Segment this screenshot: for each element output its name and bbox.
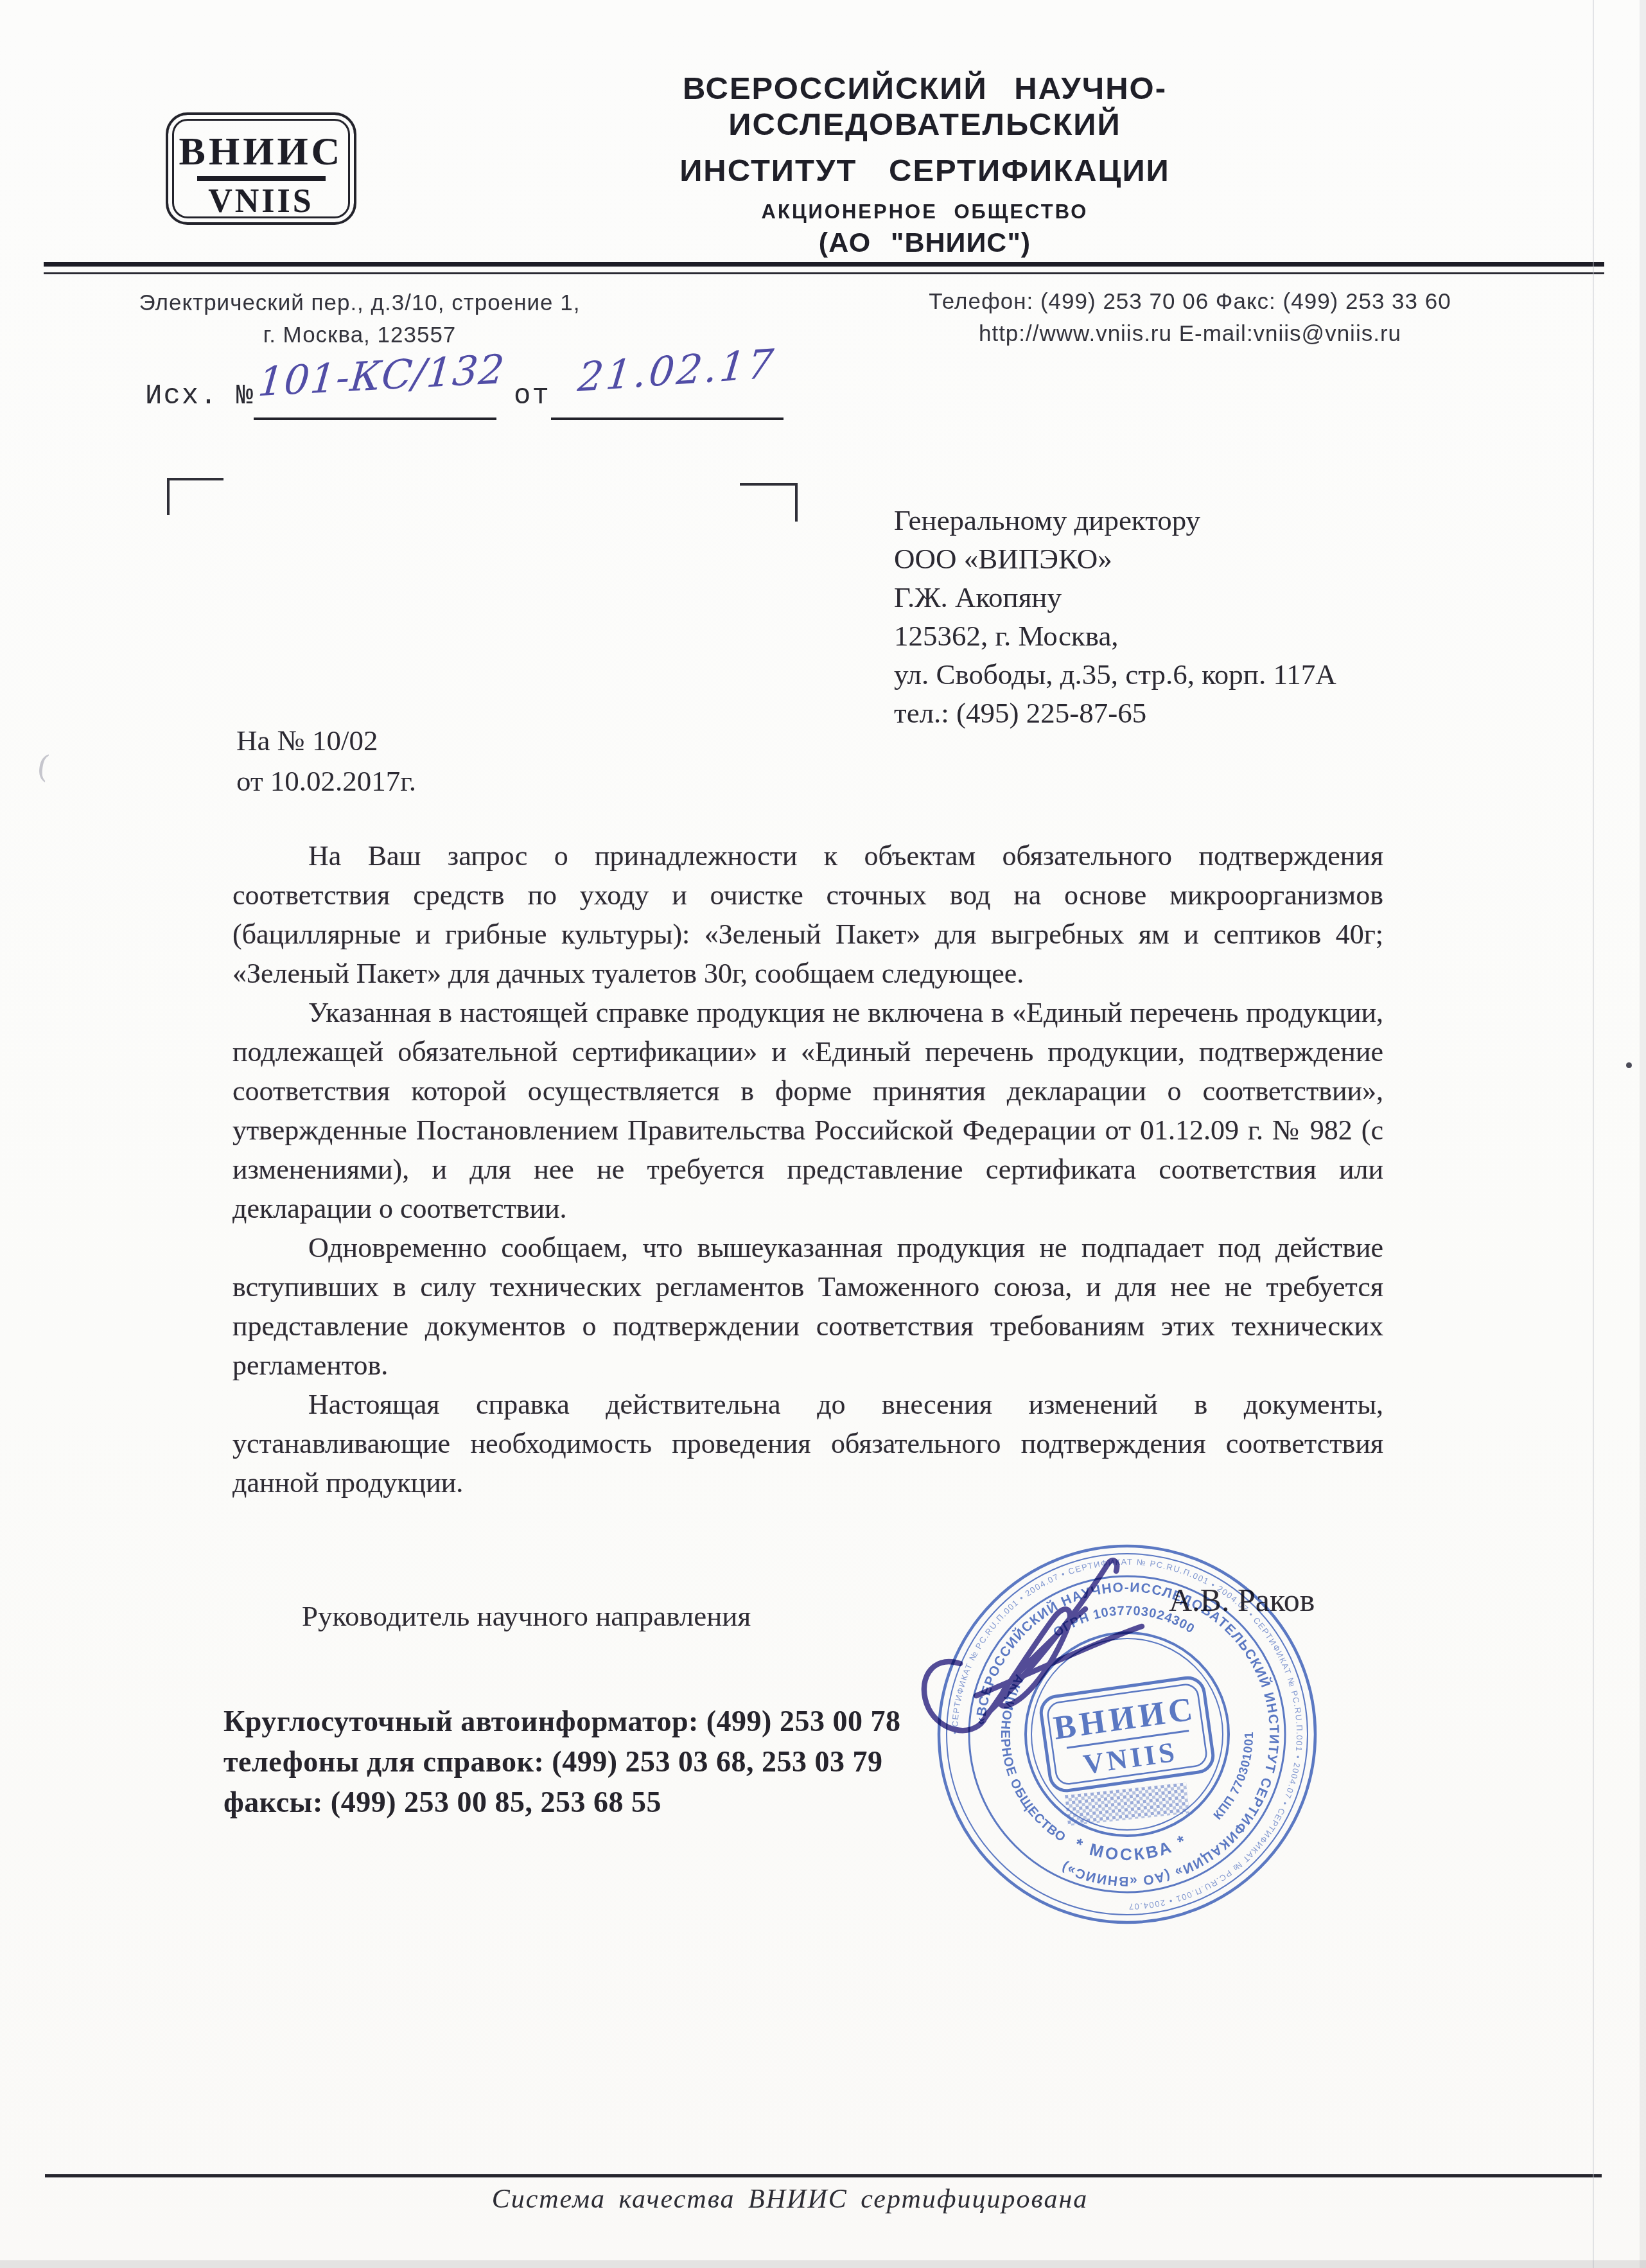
scan-edge-bottom <box>0 2260 1646 2268</box>
outgoing-number-label: Исх. № <box>145 380 254 412</box>
org-address-block: Электрический пер., д.3/10, строение 1, … <box>109 287 610 351</box>
outgoing-number-underline <box>254 418 496 420</box>
body-paragraph: Одновременно сообщаем, что вышеуказанная… <box>232 1228 1383 1385</box>
vniis-logo: ВНИИС VNIIS <box>166 112 356 225</box>
pencil-mark: ( <box>35 748 51 786</box>
in-reply-line: На № 10/02 <box>236 721 622 761</box>
org-address-line1: Электрический пер., д.3/10, строение 1, <box>109 287 610 319</box>
outgoing-number-handwritten: 101-КС/132 <box>256 346 507 406</box>
signature-svg <box>854 1503 1265 1779</box>
outgoing-date-underline <box>551 418 784 420</box>
body-paragraph: Настоящая справка действительна до внесе… <box>232 1385 1383 1502</box>
recipient-line: ул. Свободы, д.35, стр.6, корп. 117А <box>894 655 1568 694</box>
outgoing-date-label: от <box>514 380 550 412</box>
recipient-block: Генеральному директоруООО «ВИПЭКО»Г.Ж. А… <box>894 501 1568 732</box>
recipient-line: Генеральному директору <box>894 501 1568 540</box>
org-contact-block: Телефон: (499) 253 70 06 Факс: (499) 253… <box>891 286 1489 350</box>
header-rule-thick <box>44 262 1604 267</box>
recipient-line: тел.: (495) 225-87-65 <box>894 694 1568 732</box>
signoff-title: Руководитель научного направления <box>302 1599 751 1633</box>
address-window-mark-left <box>167 478 223 515</box>
scanner-streak <box>1593 0 1594 2268</box>
scanned-letter-page: ВНИИС VNIIS ВСЕРОССИЙСКИЙ НАУЧНО-ИССЛЕДО… <box>0 0 1646 2268</box>
scan-edge-right <box>1640 0 1646 2268</box>
letter-body: На Ваш запрос о принадлежности к объекта… <box>232 836 1383 1502</box>
ink-speck <box>1626 1062 1632 1068</box>
handwritten-signature <box>854 1503 1265 1779</box>
in-reply-block: На № 10/02от 10.02.2017г. <box>236 721 622 802</box>
footer-rule <box>45 2174 1602 2177</box>
org-title-line1: ВСЕРОССИЙСКИЙ НАУЧНО-ИССЛЕДОВАТЕЛЬСКИЙ <box>507 71 1342 143</box>
org-title-line4: (АО "ВНИИС") <box>507 227 1342 259</box>
recipient-line: Г.Ж. Акопяну <box>894 578 1568 617</box>
org-title-line2: ИНСТИТУТ СЕРТИФИКАЦИИ <box>507 153 1342 189</box>
org-title-line3: АКЦИОНЕРНОЕ ОБЩЕСТВО <box>507 200 1342 224</box>
phone-info-line: факсы: (499) 253 00 85, 253 68 55 <box>223 1782 994 1822</box>
org-address-line2: г. Москва, 123557 <box>109 319 610 351</box>
address-window-mark-right <box>740 483 798 522</box>
org-web-line: http://www.vniis.ru E-mail:vniis@vniis.r… <box>891 318 1489 350</box>
body-paragraph: На Ваш запрос о принадлежности к объекта… <box>232 836 1383 993</box>
org-phone-line: Телефон: (499) 253 70 06 Факс: (499) 253… <box>891 286 1489 318</box>
in-reply-line: от 10.02.2017г. <box>236 761 622 802</box>
header-rule-thin <box>44 272 1604 274</box>
logo-cyrillic-label: ВНИИС <box>168 129 354 175</box>
org-title-block: ВСЕРОССИЙСКИЙ НАУЧНО-ИССЛЕДОВАТЕЛЬСКИЙ И… <box>507 71 1342 259</box>
footer-text: Система качества ВНИИС сертифицирована <box>0 2184 1580 2215</box>
logo-divider <box>197 176 326 181</box>
logo-latin-label: VNIIS <box>168 182 354 220</box>
recipient-line: ООО «ВИПЭКО» <box>894 540 1568 578</box>
body-paragraph: Указанная в настоящей справке продукция … <box>232 993 1383 1228</box>
recipient-line: 125362, г. Москва, <box>894 617 1568 655</box>
